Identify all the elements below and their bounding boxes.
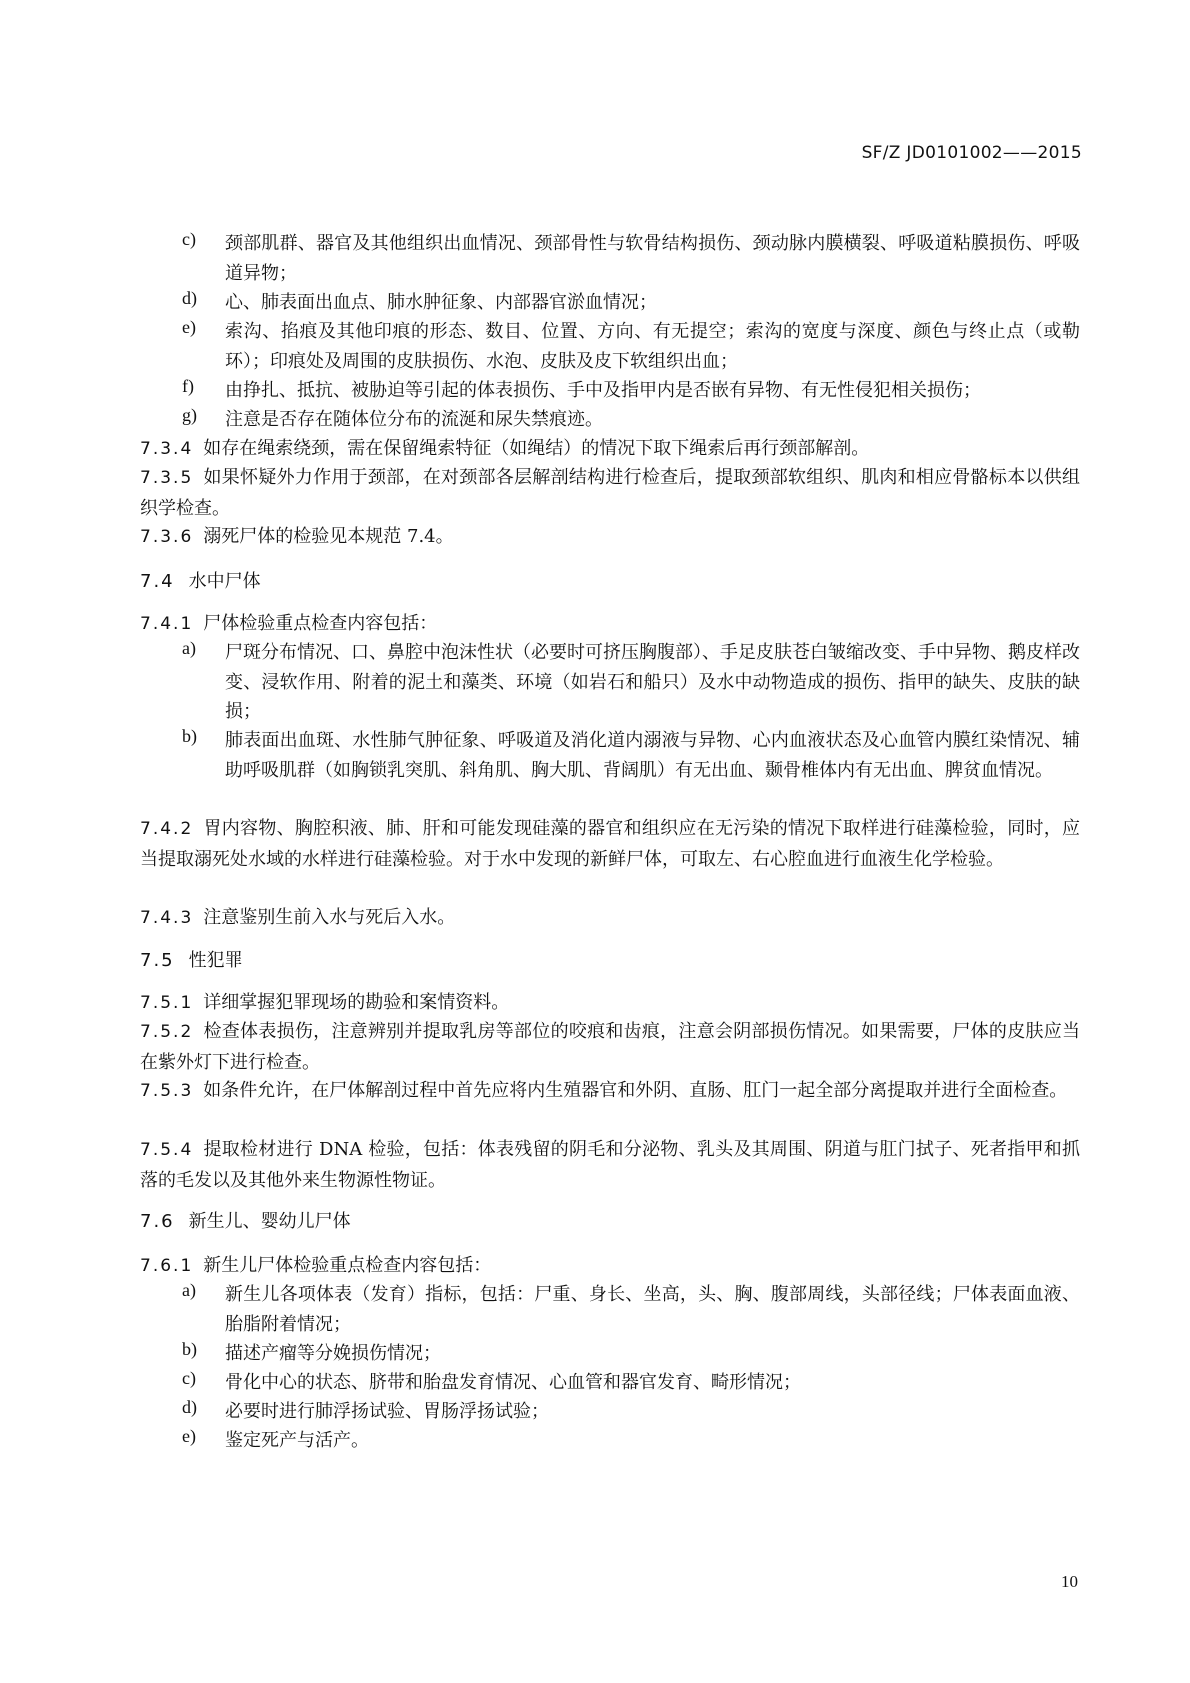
list-text: 描述产瘤等分娩损伤情况； [225, 1339, 1080, 1369]
list-marker: e) [182, 1426, 196, 1447]
list-marker: c) [182, 1368, 196, 1389]
clause-7-6-1: 7.6.1新生儿尸体检验重点检查内容包括： [140, 1251, 1080, 1282]
clause-text: 提取检材进行 DNA 检验，包括：体表残留的阴毛和分泌物、乳头及其周围、阴道与肛… [140, 1139, 1080, 1191]
list-marker: d) [182, 1397, 197, 1418]
list-marker: c) [182, 229, 196, 250]
clause-text: 如果怀疑外力作用于颈部，在对颈部各层解剖结构进行检查后，提取颈部软组织、肌肉和相… [140, 467, 1080, 519]
clause-7-5-3: 7.5.3如条件允许，在尸体解剖过程中首先应将内生殖器官和外阴、直肠、肛门一起全… [140, 1076, 1080, 1107]
clause-number: 7.5.2 [140, 1022, 193, 1042]
clause-7-5-2: 7.5.2检查体表损伤，注意辨别并提取乳房等部位的咬痕和齿痕，注意会阴部损伤情况… [140, 1017, 1080, 1077]
clause-7-4-3: 7.4.3注意鉴别生前入水与死后入水。 [140, 903, 1080, 934]
list-marker: a) [182, 1280, 196, 1301]
section-heading-7-5: 7.5性犯罪 [140, 946, 243, 972]
list-text: 心、肺表面出血点、肺水肿征象、内部器官淤血情况； [225, 288, 1080, 318]
list-text: 肺表面出血斑、水性肺气肿征象、呼吸道及消化道内溺液与异物、心内血液状态及心血管内… [225, 726, 1080, 785]
list-text: 索沟、掐痕及其他印痕的形态、数目、位置、方向、有无提空；索沟的宽度与深度、颜色与… [225, 317, 1080, 376]
list-text: 注意是否存在随体位分布的流涎和尿失禁痕迹。 [225, 405, 1080, 435]
list-marker: g) [182, 405, 197, 426]
clause-7-4-2: 7.4.2胃内容物、胸腔积液、肺、肝和可能发现硅藻的器官和组织应在无污染的情况下… [140, 814, 1080, 874]
clause-number: 7.5.4 [140, 1140, 193, 1160]
list-marker: b) [182, 1339, 197, 1360]
standard-code-header: SF/Z JD0101002——2015 [862, 143, 1082, 163]
clause-text: 检查体表损伤，注意辨别并提取乳房等部位的咬痕和齿痕，注意会阴部损伤情况。如果需要… [140, 1021, 1080, 1073]
clause-text: 溺死尸体的检验见本规范 7.4。 [203, 526, 453, 547]
section-number: 7.6 [140, 1211, 175, 1232]
page-number: 10 [1061, 1572, 1078, 1592]
clause-number: 7.3.6 [140, 527, 193, 547]
clause-7-3-4: 7.3.4如存在绳索绕颈，需在保留绳索特征（如绳结）的情况下取下绳索后再行颈部解… [140, 434, 1080, 465]
clause-number: 7.3.4 [140, 439, 193, 459]
list-text: 尸斑分布情况、口、鼻腔中泡沫性状（必要时可挤压胸腹部）、手足皮肤苍白皱缩改变、手… [225, 638, 1080, 727]
clause-text: 注意鉴别生前入水与死后入水。 [203, 907, 455, 928]
clause-7-3-6: 7.3.6溺死尸体的检验见本规范 7.4。 [140, 522, 1080, 553]
section-title: 水中尸体 [189, 571, 261, 592]
clause-7-5-4: 7.5.4提取检材进行 DNA 检验，包括：体表残留的阴毛和分泌物、乳头及其周围… [140, 1135, 1080, 1195]
section-number: 7.4 [140, 571, 175, 592]
clause-number: 7.6.1 [140, 1256, 193, 1276]
clause-number: 7.5.1 [140, 993, 193, 1013]
list-marker: e) [182, 317, 196, 338]
list-text: 由挣扎、抵抗、被胁迫等引起的体表损伤、手中及指甲内是否嵌有异物、有无性侵犯相关损… [225, 376, 1080, 406]
clause-text: 如存在绳索绕颈，需在保留绳索特征（如绳结）的情况下取下绳索后再行颈部解剖。 [203, 438, 869, 459]
clause-7-3-5: 7.3.5如果怀疑外力作用于颈部，在对颈部各层解剖结构进行检查后，提取颈部软组织… [140, 463, 1080, 523]
clause-number: 7.4.2 [140, 819, 193, 839]
list-text: 新生儿各项体表（发育）指标，包括：尸重、身长、坐高，头、胸、腹部周线，头部径线；… [225, 1280, 1080, 1339]
clause-text: 尸体检验重点检查内容包括： [203, 613, 437, 634]
list-marker: d) [182, 288, 197, 309]
clause-number: 7.5.3 [140, 1081, 193, 1101]
clause-7-5-1: 7.5.1详细掌握犯罪现场的勘验和案情资料。 [140, 988, 1080, 1019]
clause-7-4-1: 7.4.1尸体检验重点检查内容包括： [140, 609, 1080, 640]
clause-text: 如条件允许，在尸体解剖过程中首先应将内生殖器官和外阴、直肠、肛门一起全部分离提取… [203, 1080, 1067, 1101]
section-title: 新生儿、婴幼儿尸体 [189, 1211, 351, 1232]
section-heading-7-4: 7.4水中尸体 [140, 567, 261, 593]
list-text: 骨化中心的状态、脐带和胎盘发育情况、心血管和器官发育、畸形情况； [225, 1368, 1080, 1398]
clause-text: 胃内容物、胸腔积液、肺、肝和可能发现硅藻的器官和组织应在无污染的情况下取样进行硅… [140, 818, 1080, 870]
clause-text: 新生儿尸体检验重点检查内容包括： [203, 1255, 491, 1276]
list-text: 鉴定死产与活产。 [225, 1426, 1080, 1456]
clause-number: 7.3.5 [140, 468, 193, 488]
clause-text: 详细掌握犯罪现场的勘验和案情资料。 [203, 992, 509, 1013]
list-marker: b) [182, 726, 197, 747]
list-marker: a) [182, 638, 196, 659]
list-marker: f) [182, 376, 194, 397]
clause-number: 7.4.3 [140, 908, 193, 928]
list-text: 必要时进行肺浮扬试验、胃肠浮扬试验； [225, 1397, 1080, 1427]
list-text: 颈部肌群、器官及其他组织出血情况、颈部骨性与软骨结构损伤、颈动脉内膜横裂、呼吸道… [225, 229, 1080, 288]
section-heading-7-6: 7.6新生儿、婴幼儿尸体 [140, 1207, 351, 1233]
clause-number: 7.4.1 [140, 614, 193, 634]
section-title: 性犯罪 [189, 950, 243, 971]
section-number: 7.5 [140, 950, 175, 971]
